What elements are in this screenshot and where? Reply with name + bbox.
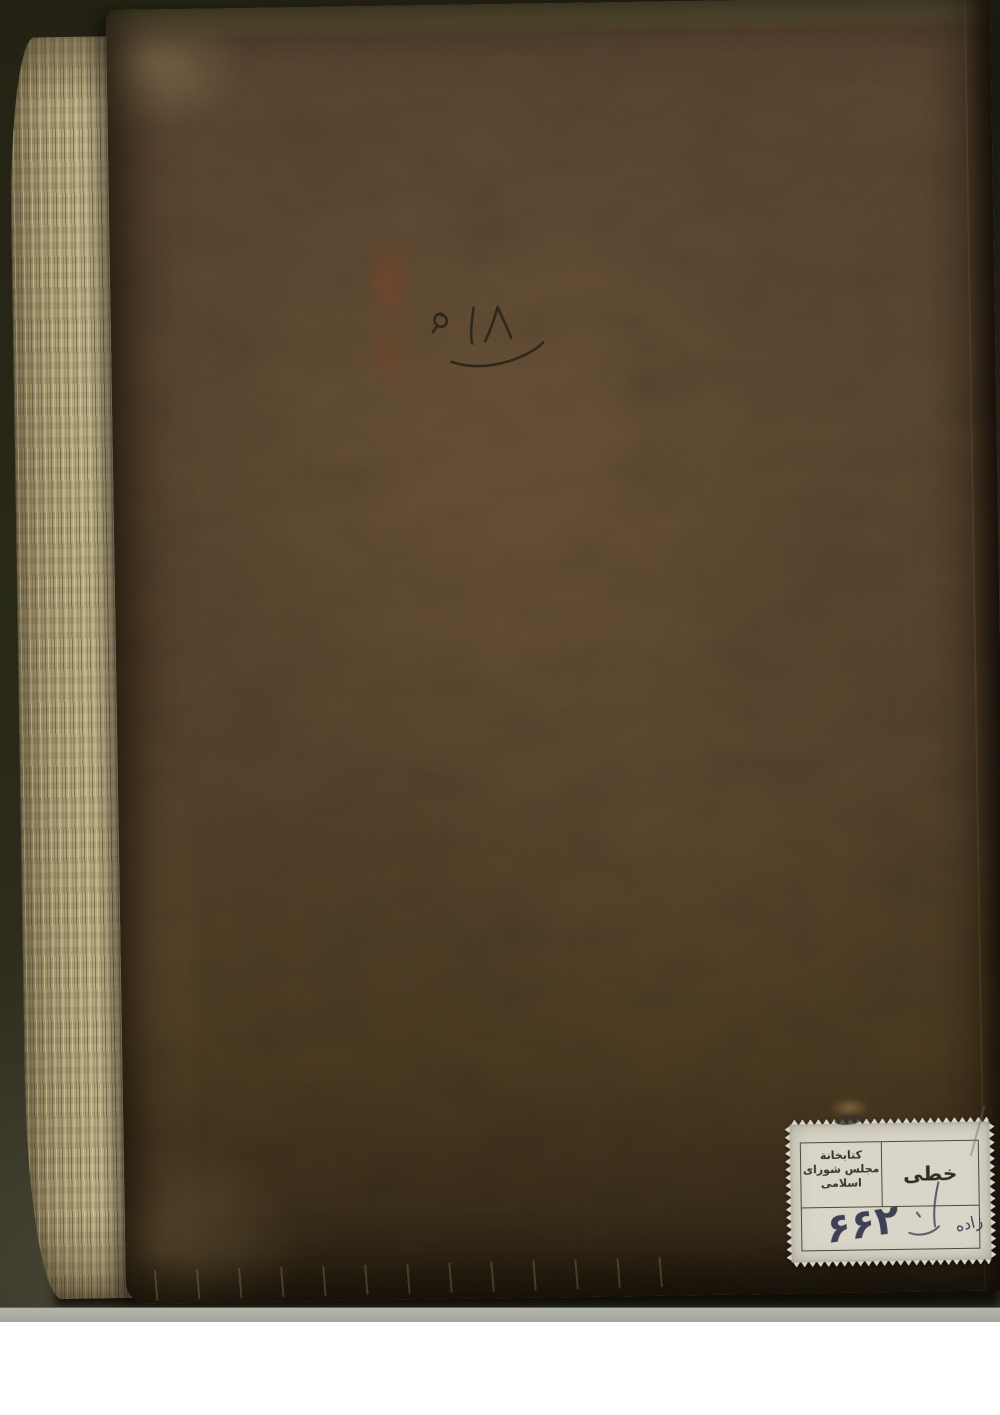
cover-inscription-handwriting bbox=[425, 298, 556, 375]
red-pigment-smudge bbox=[356, 241, 422, 392]
library-label-sticker: كتابخانة مجلس شوراى اسلامى خطی ۶۶۲ bbox=[784, 1116, 996, 1267]
library-name-line-2: مجلس شوراى bbox=[801, 1162, 881, 1177]
scanner-gray-strip bbox=[0, 1307, 1000, 1323]
handwritten-note: زاده bbox=[954, 1211, 985, 1236]
shelf-number-cell: ۶۶۲ زاده bbox=[802, 1205, 980, 1251]
handwritten-shelf-number: ۶۶۲ bbox=[825, 1196, 901, 1253]
white-margin bbox=[0, 1322, 1000, 1415]
sticker-table: كتابخانة مجلس شوراى اسلامى خطی ۶۶۲ bbox=[800, 1140, 981, 1252]
library-name-line-1: كتابخانة bbox=[801, 1148, 881, 1163]
library-name-cell: كتابخانة مجلس شوراى اسلامى bbox=[801, 1142, 882, 1207]
manuscript-book: كتابخانة مجلس شوراى اسلامى خطی ۶۶۲ bbox=[6, 0, 1000, 1306]
handwritten-flourish bbox=[902, 1178, 949, 1243]
library-name-line-3: اسلامى bbox=[801, 1176, 881, 1191]
leather-back-cover: كتابخانة مجلس شوراى اسلامى خطی ۶۶۲ bbox=[106, 0, 1000, 1304]
sticker-paper: كتابخانة مجلس شوراى اسلامى خطی ۶۶۲ bbox=[789, 1121, 991, 1262]
